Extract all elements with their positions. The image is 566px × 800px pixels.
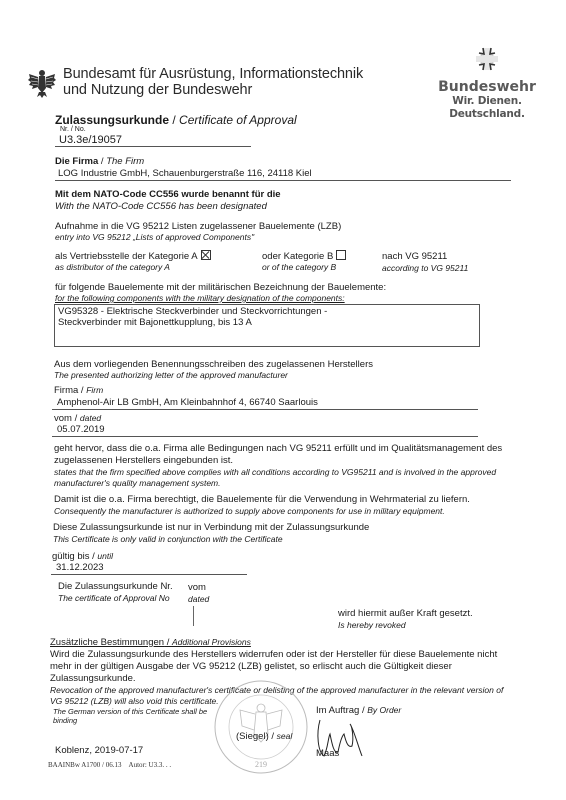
revoked-cert-label-de: Die Zulassungsurkunde Nr. — [58, 581, 173, 592]
letter-en: The presented authorizing letter of the … — [54, 370, 288, 380]
divider — [55, 146, 251, 147]
divider — [52, 436, 478, 437]
provisions-title-en: Additional Provisions — [172, 637, 251, 647]
standard-en: according to VG 95211 — [382, 263, 468, 273]
signer-name: Maas — [316, 748, 339, 759]
components-label-de: für folgende Bauelemente mit der militär… — [55, 282, 386, 293]
revoked-en: Is hereby revoked — [338, 620, 406, 630]
firm-label: Die Firma / The Firm — [55, 156, 144, 167]
title-en: Certificate of Approval — [179, 113, 297, 127]
brand-slogan: Wir. Dienen. Deutschland. — [414, 95, 560, 121]
dated-value: 05.07.2019 — [57, 424, 105, 435]
divider — [52, 409, 478, 410]
seal-label-de: (Siegel) — [236, 731, 269, 742]
certificate-number: U3.3e/19057 — [59, 134, 122, 146]
compliance-de2: zugelassenen Herstellers eingebunden ist… — [54, 455, 233, 466]
category-b-checkbox[interactable] — [336, 250, 346, 260]
category-a-checkbox[interactable] — [201, 250, 211, 260]
divider — [55, 180, 511, 181]
author: Autor: U3.3. . . — [129, 761, 172, 769]
revoked-de: wird hiermit außer Kraft gesetzt. — [338, 608, 473, 619]
category-a: als Vertriebsstelle der Kategorie A — [55, 250, 211, 262]
seal-number: 219 — [255, 760, 267, 769]
form-code: BAAINBw A1700 / 06.13 — [48, 761, 122, 769]
standard-de: nach VG 95211 — [382, 251, 447, 262]
manufacturer-label: Firma / Firm — [54, 385, 103, 396]
nato-de: Mit dem NATO-Code CC556 wurde benannt fü… — [55, 189, 281, 200]
iron-cross-icon — [474, 46, 500, 72]
title-sep: / — [169, 113, 179, 127]
valid-until-label: gültig bis / until — [52, 551, 113, 562]
agency-name-line1: Bundesamt für Ausrüstung, Informationste… — [63, 66, 363, 82]
binding-note-line1: The German version of this Certificate s… — [53, 707, 207, 716]
seal-label-en: seal — [277, 731, 293, 741]
components-label-en: for the following components with the mi… — [55, 293, 345, 303]
brand-name: Bundeswehr — [414, 79, 560, 95]
valid-until-label-de: gültig bis — [52, 551, 90, 562]
bundeswehr-logo: Bundeswehr Wir. Dienen. Deutschland. — [414, 46, 560, 121]
category-b: oder Kategorie B — [262, 250, 346, 262]
federal-eagle-icon — [28, 68, 56, 98]
valid-until-label-en: until — [97, 551, 113, 561]
provisions-de3: Zulassungsurkunde. — [50, 673, 136, 684]
divider — [51, 574, 247, 575]
components-box: VG95328 - Elektrische Steckverbinder und… — [54, 304, 480, 347]
revoked-cert-label-en: The certificate of Approval No — [58, 593, 170, 603]
title-de: Zulassungsurkunde — [55, 113, 169, 127]
dated-label-de: vom — [54, 413, 72, 424]
number-label: Nr. / No. — [60, 126, 86, 134]
firm-value: LOG Industrie GmbH, Schauenburgerstraße … — [58, 168, 312, 179]
manufacturer-value: Amphenol-Air LB GmbH, Am Kleinbahnhof 4,… — [57, 397, 318, 408]
provisions-title-de: Zusätzliche Bestimmungen — [50, 637, 164, 648]
compliance-en1: states that the firm specified above com… — [54, 467, 496, 477]
dated-label-en: dated — [80, 413, 101, 423]
entry-de: Aufnahme in die VG 95212 Listen zugelass… — [55, 221, 341, 232]
agency-name: Bundesamt für Ausrüstung, Informationste… — [63, 66, 363, 98]
valid-until-value: 31.12.2023 — [56, 562, 104, 573]
official-seal: 219 — [212, 678, 310, 776]
components-line1: VG95328 - Elektrische Steckverbinder und… — [58, 306, 327, 317]
validity-note-de: Diese Zulassungsurkunde ist nur in Verbi… — [53, 522, 369, 533]
manufacturer-label-en: Firm — [86, 385, 103, 395]
provisions-en2: VG 95212 (LZB) will also void this certi… — [50, 696, 219, 706]
seal-label: (Siegel) / seal — [236, 731, 292, 742]
authorization-de: Damit ist die o.a. Firma berechtigt, die… — [54, 494, 470, 505]
letter-de: Aus dem vorliegenden Benennungsschreiben… — [54, 359, 373, 370]
firm-label-de: Die Firma — [55, 156, 98, 167]
binding-note: The German version of this Certificate s… — [53, 707, 207, 725]
divider-vertical — [193, 606, 194, 626]
nato-en: With the NATO-Code CC556 has been design… — [55, 201, 267, 212]
compliance-en2: manufacturer's quality management system… — [54, 478, 221, 488]
certificate-title: Zulassungsurkunde / Certificate of Appro… — [55, 114, 297, 127]
revoked-dated-en: dated — [188, 594, 209, 604]
authorization-en: Consequently the manufacturer is authori… — [54, 506, 445, 516]
place-date: Koblenz, 2019-07-17 — [55, 745, 143, 756]
binding-note-line2: binding — [53, 716, 207, 725]
provisions-title: Zusätzliche Bestimmungen / Additional Pr… — [50, 637, 251, 648]
agency-name-line2: und Nutzung der Bundeswehr — [63, 82, 363, 98]
provisions-de2: mehr in der gültigen Ausgabe der VG 9521… — [50, 661, 452, 672]
firm-label-en: The Firm — [106, 156, 144, 167]
revoked-dated-de: vom — [188, 582, 206, 593]
provisions-de1: Wird die Zulassungsurkunde des Herstelle… — [50, 649, 497, 660]
validity-note-en: This Certificate is only valid in conjun… — [53, 534, 283, 544]
category-a-en: as distributor of the category A — [55, 262, 170, 272]
form-info: BAAINBw A1700 / 06.13 Autor: U3.3. . . — [48, 761, 171, 769]
category-b-label: oder Kategorie B — [262, 251, 333, 262]
manufacturer-label-de: Firma — [54, 385, 78, 396]
entry-en: entry into VG 95212 „Lists of approved C… — [55, 232, 254, 242]
category-b-en: or of the category B — [262, 262, 336, 272]
compliance-de1: geht hervor, dass die o.a. Firma alle Be… — [54, 443, 502, 454]
by-order-en: By Order — [367, 705, 401, 715]
dated-label: vom / dated — [54, 413, 101, 424]
components-line2: Steckverbinder mit Bajonettkupplung, bis… — [58, 317, 252, 328]
category-a-label: als Vertriebsstelle der Kategorie A — [55, 251, 198, 262]
